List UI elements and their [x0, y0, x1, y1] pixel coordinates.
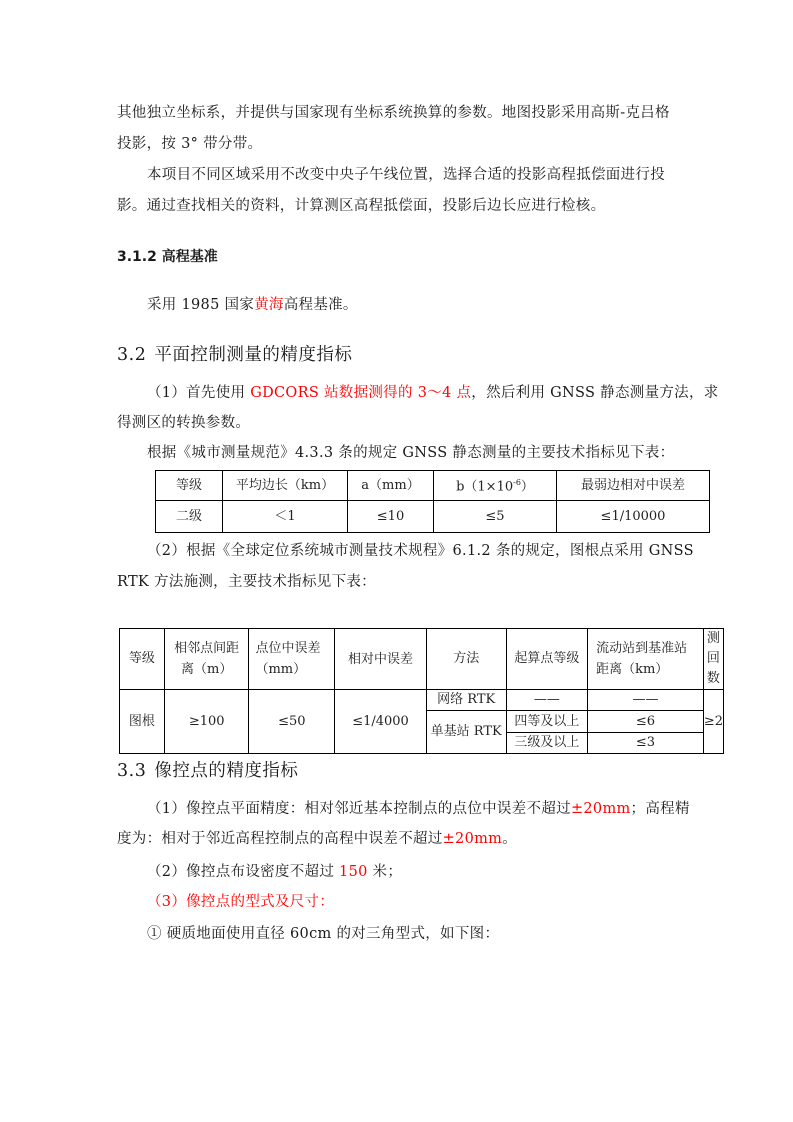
- table-cell-station-distance: ≤6: [588, 711, 704, 733]
- table-cell: ≤10: [348, 501, 434, 533]
- paragraph-item-2: （2）根据《全球定位系统城市测量技术规程》6.1.2 条的规定，图根点采用 GN…: [147, 541, 694, 561]
- highlighted-text: GDCORS 站数据测得的 3～4 点: [250, 385, 471, 401]
- section-number: 3.2: [117, 345, 146, 365]
- table-cell-start-grade: 四等及以上: [506, 711, 587, 733]
- table1-intro: 根据《城市测量规范》4.3.3 条的规定 GNSS 静态测量的主要技术指标见下表…: [147, 443, 674, 463]
- table-cell-grade: 图根: [120, 690, 165, 754]
- paragraph-line: RTK 方法施测，主要技术指标见下表：: [117, 572, 376, 592]
- paragraph-line: 投影，按 3° 带分带。: [117, 134, 262, 154]
- paragraph-line: 得测区的转换参数。: [117, 413, 250, 433]
- table-cell: ≤1/10000: [557, 501, 710, 533]
- table-row: 二级 ＜1 ≤10 ≤5 ≤1/10000: [156, 501, 710, 533]
- table-cell-method: 网络 RTK: [426, 690, 506, 711]
- table-cell: ≤5: [434, 501, 557, 533]
- text: （1）首先使用: [147, 385, 250, 401]
- paragraph-item-1: （1）首先使用 GDCORS 站数据测得的 3～4 点，然后利用 GNSS 静态…: [147, 383, 719, 403]
- table-header-cell: 相邻点间距离（m）: [164, 629, 249, 690]
- table-header-cell: 流动站到基准站距离（km）: [588, 629, 704, 690]
- section-heading-3-3: 3.3像控点的精度指标: [117, 759, 298, 783]
- section-title: 平面控制测量的精度指标: [154, 345, 352, 365]
- table-cell-station-distance: ≤3: [588, 733, 704, 754]
- text: ，然后利用 GNSS 静态测量方法，求: [471, 385, 718, 401]
- paragraph-item-3: （3）像控点的型式及尺寸：: [147, 892, 334, 912]
- text: ）: [521, 480, 534, 495]
- superscript: -6: [513, 478, 521, 487]
- text: 采用 1985 国家: [147, 297, 254, 313]
- table-header-cell: b（1×10-6）: [434, 471, 557, 501]
- section-title: 像控点的精度指标: [154, 761, 298, 781]
- highlighted-text: ±20mm: [571, 801, 631, 817]
- section-heading-3-1-2: 3.1.2 高程基准: [117, 247, 218, 267]
- table-header-row: 等级 相邻点间距离（m） 点位中误差（mm） 相对中误差 方法 起算点等级 流动…: [120, 629, 724, 690]
- table-cell: ＜1: [223, 501, 348, 533]
- text: 度为：相对于邻近高程控制点的高程中误差不超过: [117, 831, 443, 847]
- table-cell: 二级: [156, 501, 223, 533]
- text: （2）像控点布设密度不超过: [147, 864, 339, 880]
- section-number: 3.3: [117, 761, 146, 781]
- table-header-cell: 等级: [120, 629, 165, 690]
- table-cell-rounds: ≥2: [703, 690, 723, 754]
- table-header-cell: 点位中误差（mm）: [249, 629, 335, 690]
- paragraph-line: 其他独立坐标系，并提供与国家现有坐标系统换算的参数。地图投影采用高斯-克吕格: [117, 103, 670, 123]
- text: （1）像控点平面精度：相对邻近基本控制点的点位中误差不超过: [147, 801, 571, 817]
- section-heading-3-2: 3.2平面控制测量的精度指标: [117, 343, 352, 367]
- paragraph-item-4: ① 硬质地面使用直径 60cm 的对三角型式，如下图：: [147, 924, 499, 944]
- table-header-cell: 起算点等级: [506, 629, 587, 690]
- table-header-cell: 平均边长（km）: [223, 471, 348, 501]
- table-header-row: 等级 平均边长（km） a（mm） b（1×10-6） 最弱边相对中误差: [156, 471, 710, 501]
- table-header-cell: a（mm）: [348, 471, 434, 501]
- highlighted-text: 黄海: [254, 297, 284, 313]
- paragraph-line: 影。通过查找相关的资料，计算测区高程抵偿面，投影后边长应进行检核。: [117, 196, 605, 216]
- gnss-static-table: 等级 平均边长（km） a（mm） b（1×10-6） 最弱边相对中误差 二级 …: [155, 470, 710, 533]
- highlighted-text: 150: [339, 864, 368, 880]
- text: 。: [502, 831, 517, 847]
- paragraph-line: 度为：相对于邻近高程控制点的高程中误差不超过±20mm。: [117, 829, 517, 849]
- rtk-table: 等级 相邻点间距离（m） 点位中误差（mm） 相对中误差 方法 起算点等级 流动…: [119, 628, 724, 754]
- table-row: 图根 ≥100 ≤50 ≤1/4000 网络 RTK —— —— ≥2: [120, 690, 724, 711]
- table-cell-relative-error: ≤1/4000: [335, 690, 427, 754]
- table-header-cell: 相对中误差: [335, 629, 427, 690]
- table-cell-distance: ≥100: [164, 690, 249, 754]
- table-header-cell: 方法: [426, 629, 506, 690]
- table-cell-start-grade: ——: [506, 690, 587, 711]
- table-cell-method: 单基站 RTK: [426, 711, 506, 754]
- text: b（1×10: [456, 480, 513, 495]
- table-header-cell: 等级: [156, 471, 223, 501]
- paragraph-elevation-datum: 采用 1985 国家黄海高程基准。: [147, 295, 358, 315]
- table-cell-point-error: ≤50: [249, 690, 335, 754]
- text: 高程基准。: [284, 297, 358, 313]
- text: ；高程精: [631, 801, 690, 817]
- highlighted-text: ±20mm: [443, 831, 503, 847]
- table-cell-start-grade: 三级及以上: [506, 733, 587, 754]
- table-cell-station-distance: ——: [588, 690, 704, 711]
- paragraph-item-2: （2）像控点布设密度不超过 150 米；: [147, 862, 402, 882]
- paragraph-line: 本项目不同区域采用不改变中央子午线位置，选择合适的投影高程抵偿面进行投: [147, 165, 665, 185]
- table-header-cell: 测回数: [703, 629, 723, 690]
- text: 米；: [368, 864, 403, 880]
- table-header-cell: 最弱边相对中误差: [557, 471, 710, 501]
- paragraph-item-1: （1）像控点平面精度：相对邻近基本控制点的点位中误差不超过±20mm；高程精: [147, 799, 690, 819]
